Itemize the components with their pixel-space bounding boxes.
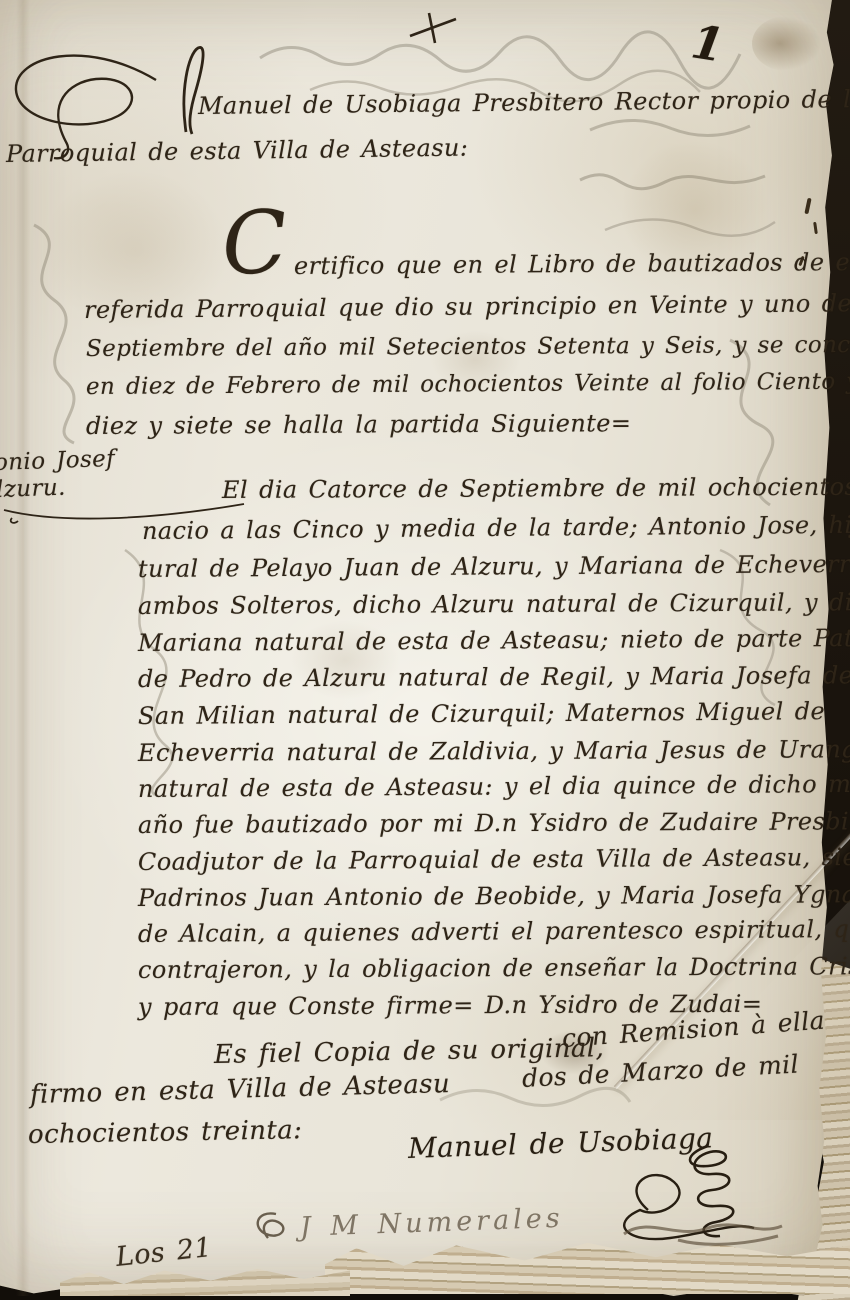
bleed-through-writing xyxy=(560,110,790,260)
record-line: año fue bautizado por mi D.n Ysidro de Z… xyxy=(138,807,850,839)
record-line: San Milian natural de Cizurquil; Materno… xyxy=(138,697,825,730)
record-line: de Alcain, a quienes adverti el parentes… xyxy=(138,915,850,948)
left-fold-crease xyxy=(16,0,30,1296)
record-line: tural de Pelayo Juan de Alzuru, y Marian… xyxy=(138,550,850,583)
certification-line: ertifico que en el Libro de bautizados d… xyxy=(294,248,850,280)
bleed-through-writing xyxy=(4,215,124,445)
manuscript-scan: 1 Manuel de Usobiaga Presbitero Rector p… xyxy=(0,0,850,1300)
record-line: Echeverria natural de Zaldivia, y Maria … xyxy=(138,735,850,767)
record-line: Mariana natural de esta de Asteasu; niet… xyxy=(138,624,850,657)
heading-initial-stroke xyxy=(172,42,212,137)
closing-line: ochocientos treinta: xyxy=(28,1115,303,1150)
certification-line: Septiembre del año mil Setecientos Seten… xyxy=(86,332,850,362)
record-line: ambos Solteros, dicho Alzuru natural de … xyxy=(138,588,850,620)
certification-line: en diez de Febrero de mil ochocientos Ve… xyxy=(86,369,850,400)
record-line: Padrinos Juan Antonio de Beobide, y Mari… xyxy=(138,880,850,912)
margin-note-line: onio Josef xyxy=(0,446,116,476)
record-line: Coadjutor de la Parroquial de esta Villa… xyxy=(138,843,850,876)
certification-line: diez y siete se halla la partida Siguien… xyxy=(86,409,632,440)
notary-mark-curl xyxy=(246,1208,292,1242)
notary-flourish xyxy=(618,1206,788,1250)
record-line: de Pedro de Alzuru natural de Regil, y M… xyxy=(138,661,850,693)
record-line: El dia Catorce de Septiembre de mil ocho… xyxy=(222,472,850,504)
cross-mark xyxy=(406,10,460,46)
record-line: natural de esta de Asteasu: y el dia qui… xyxy=(138,770,850,803)
record-line: contrajeron, y la obligacion de enseñar … xyxy=(138,952,850,984)
certification-initial: C xyxy=(219,192,292,296)
